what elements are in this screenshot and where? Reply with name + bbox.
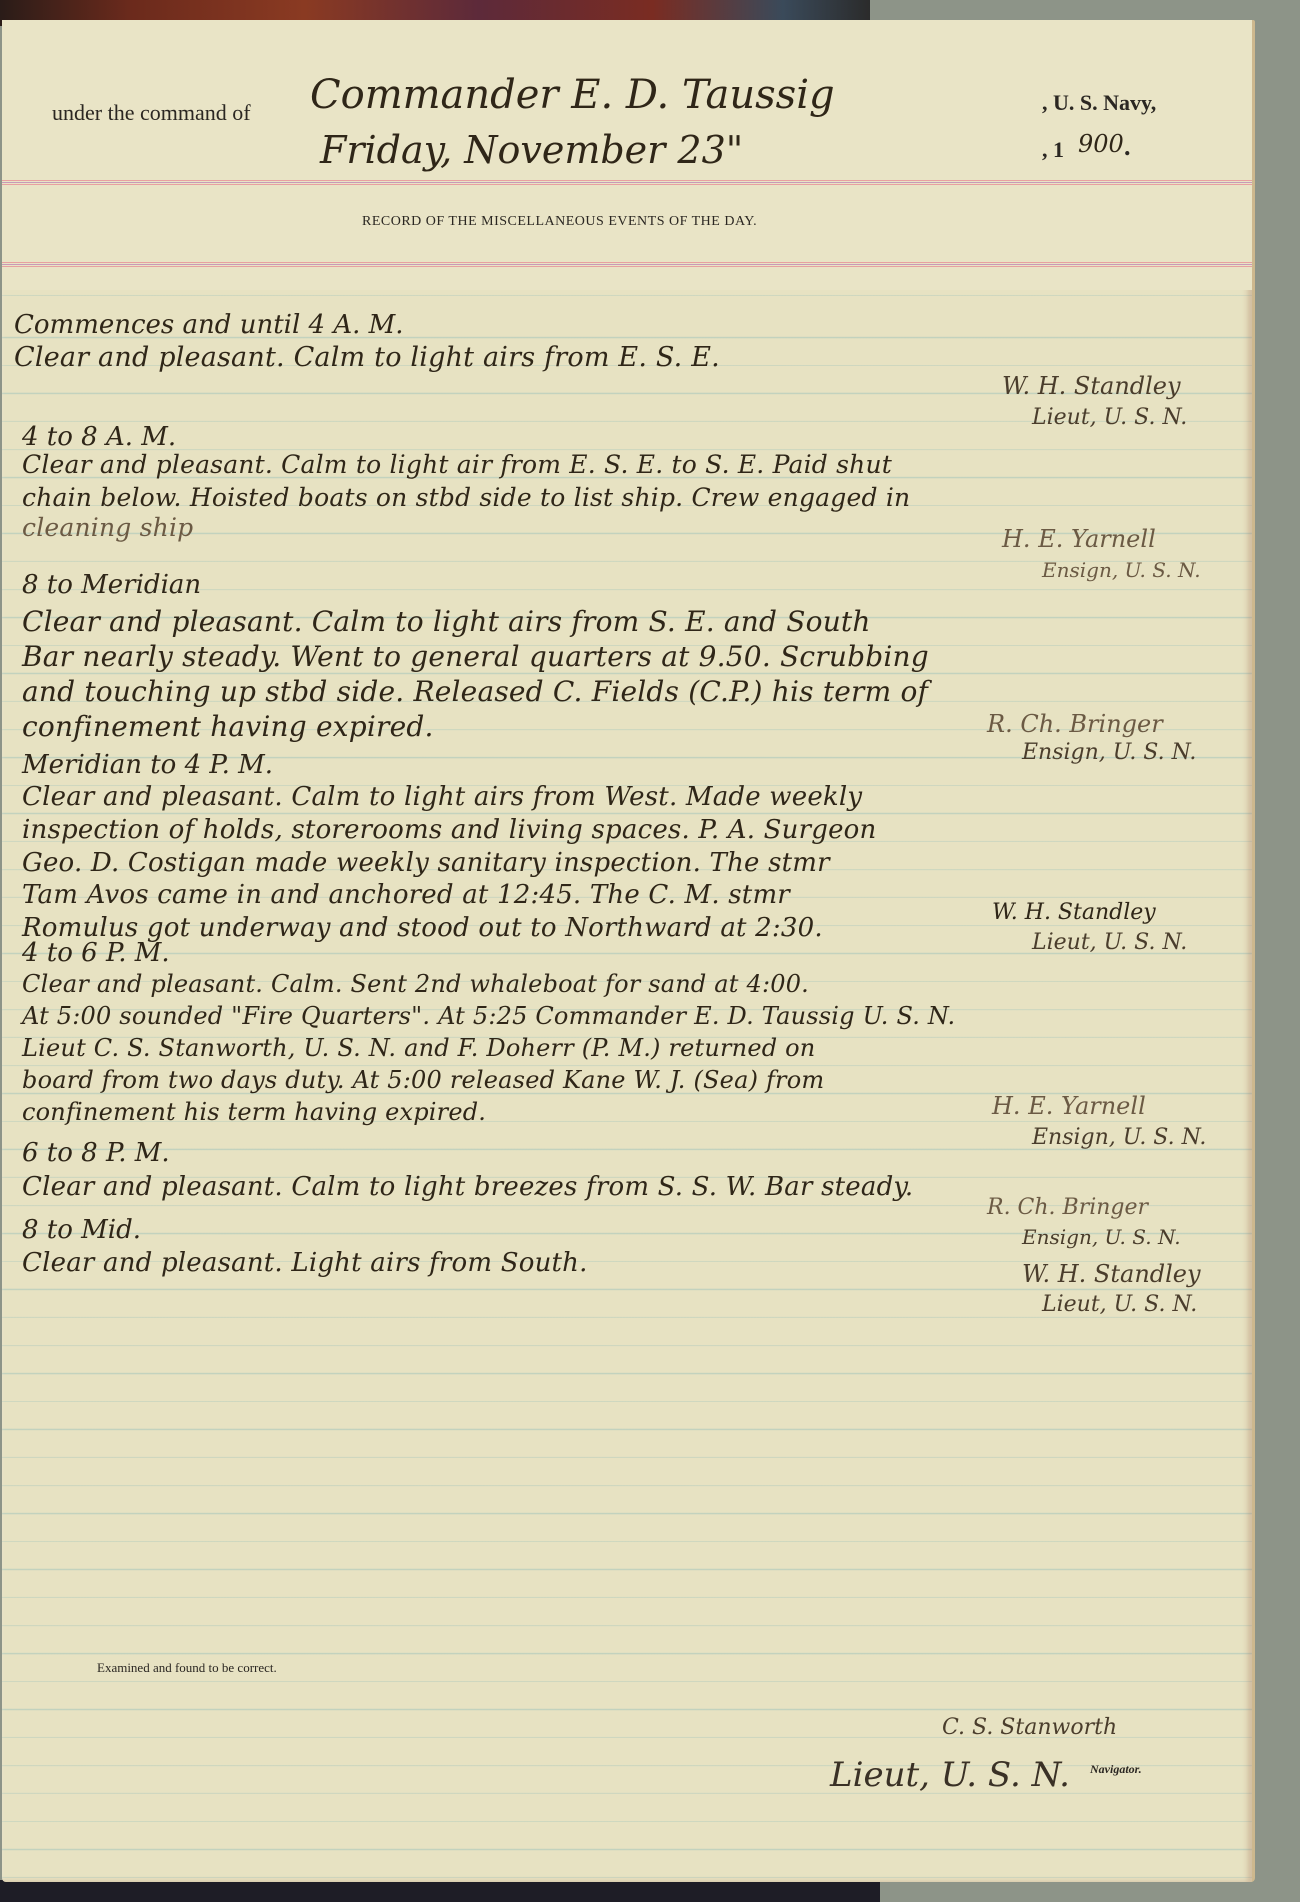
commander-name: Commander E. D. Taussig [310, 72, 835, 118]
log-date: Friday, November 23" [320, 128, 743, 172]
watch-officer-signature: W. H. Standley [1022, 1260, 1201, 1288]
header-rule-top [2, 180, 1252, 185]
watch-officer-signature: W. H. Standley [992, 900, 1156, 925]
examined-statement: Examined and found to be correct. [97, 1660, 277, 1676]
watch-officer-signature: H. E. Yarnell [1002, 525, 1156, 553]
entry-line: Tam Avos came in and anchored at 12:45. … [22, 880, 790, 910]
header-rule-bottom [2, 262, 1252, 267]
watch-officer-rank: Ensign, U. S. N. [1032, 1125, 1206, 1150]
year-suffix: . [1124, 132, 1131, 162]
entry-line: Lieut C. S. Stanworth, U. S. N. and F. D… [22, 1034, 815, 1062]
entry-line: Clear and pleasant. Calm. Sent 2nd whale… [22, 970, 809, 998]
entry-line: board from two days duty. At 5:00 releas… [22, 1066, 824, 1094]
watch-label: Commences and until 4 A. M. [14, 310, 404, 340]
watch-label: 8 to Mid. [22, 1215, 141, 1245]
watch-officer-rank: Ensign, U. S. N. [1022, 1225, 1181, 1249]
watch-officer-rank: Lieut, U. S. N. [1042, 1292, 1197, 1317]
entry-line: inspection of holds, storerooms and livi… [22, 815, 876, 845]
navigator-rank: Lieut, U. S. N. [830, 1755, 1070, 1795]
watch-label: 4 to 6 P. M. [22, 938, 170, 968]
entry-line: confinement his term having expired. [22, 1098, 486, 1126]
logbook-page: under the command of Commander E. D. Tau… [2, 20, 1255, 1882]
watch-officer-signature: R. Ch. Bringer [987, 710, 1163, 738]
watch-officer-signature: H. E. Yarnell [992, 1092, 1146, 1120]
entry-line: Clear and pleasant. Light airs from Sout… [22, 1248, 588, 1278]
watch-label: Meridian to 4 P. M. [22, 750, 273, 780]
watch-officer-rank: Lieut, U. S. N. [1032, 405, 1187, 430]
year-prefix: , 1 [1042, 137, 1064, 163]
command-prefix: under the command of [52, 100, 251, 126]
entry-line: cleaning ship [22, 513, 193, 542]
entry-line: and touching up stbd side. Released C. F… [22, 675, 928, 708]
entry-line: Clear and pleasant. Calm to light breeze… [22, 1172, 913, 1202]
entry-line: Clear and pleasant. Calm to light airs f… [22, 782, 862, 812]
section-title: RECORD OF THE MISCELLANEOUS EVENTS OF TH… [362, 214, 757, 230]
book-cover-bottom [0, 1880, 880, 1902]
entry-line: confinement having expired. [22, 710, 434, 743]
navigator-label: Navigator. [1090, 1762, 1142, 1777]
watch-officer-rank: Lieut, U. S. N. [1032, 930, 1187, 955]
watch-officer-rank: Ensign, U. S. N. [1022, 740, 1196, 765]
watch-label: 6 to 8 P. M. [22, 1138, 170, 1168]
entry-line: Clear and pleasant. Calm to light airs f… [14, 342, 720, 373]
watch-officer-signature: R. Ch. Bringer [987, 1195, 1148, 1220]
entry-line: Bar nearly steady. Went to general quart… [22, 640, 929, 673]
entry-line: Geo. D. Costigan made weekly sanitary in… [22, 848, 830, 878]
service-suffix: , U. S. Navy, [1042, 90, 1156, 116]
entry-line: Clear and pleasant. Calm to light air fr… [22, 450, 892, 479]
navigator-signature: C. S. Stanworth [942, 1715, 1117, 1740]
entry-line: At 5:00 sounded "Fire Quarters". At 5:25… [22, 1002, 955, 1030]
watch-officer-signature: W. H. Standley [1002, 372, 1181, 400]
entry-line: Clear and pleasant. Calm to light airs f… [22, 605, 871, 638]
entry-line: chain below. Hoisted boats on stbd side … [22, 483, 910, 512]
watch-label: 8 to Meridian [22, 570, 201, 600]
watch-label: 4 to 8 A. M. [22, 422, 176, 452]
watch-officer-rank: Ensign, U. S. N. [1042, 558, 1201, 582]
year-handwritten: 900 [1078, 130, 1124, 158]
